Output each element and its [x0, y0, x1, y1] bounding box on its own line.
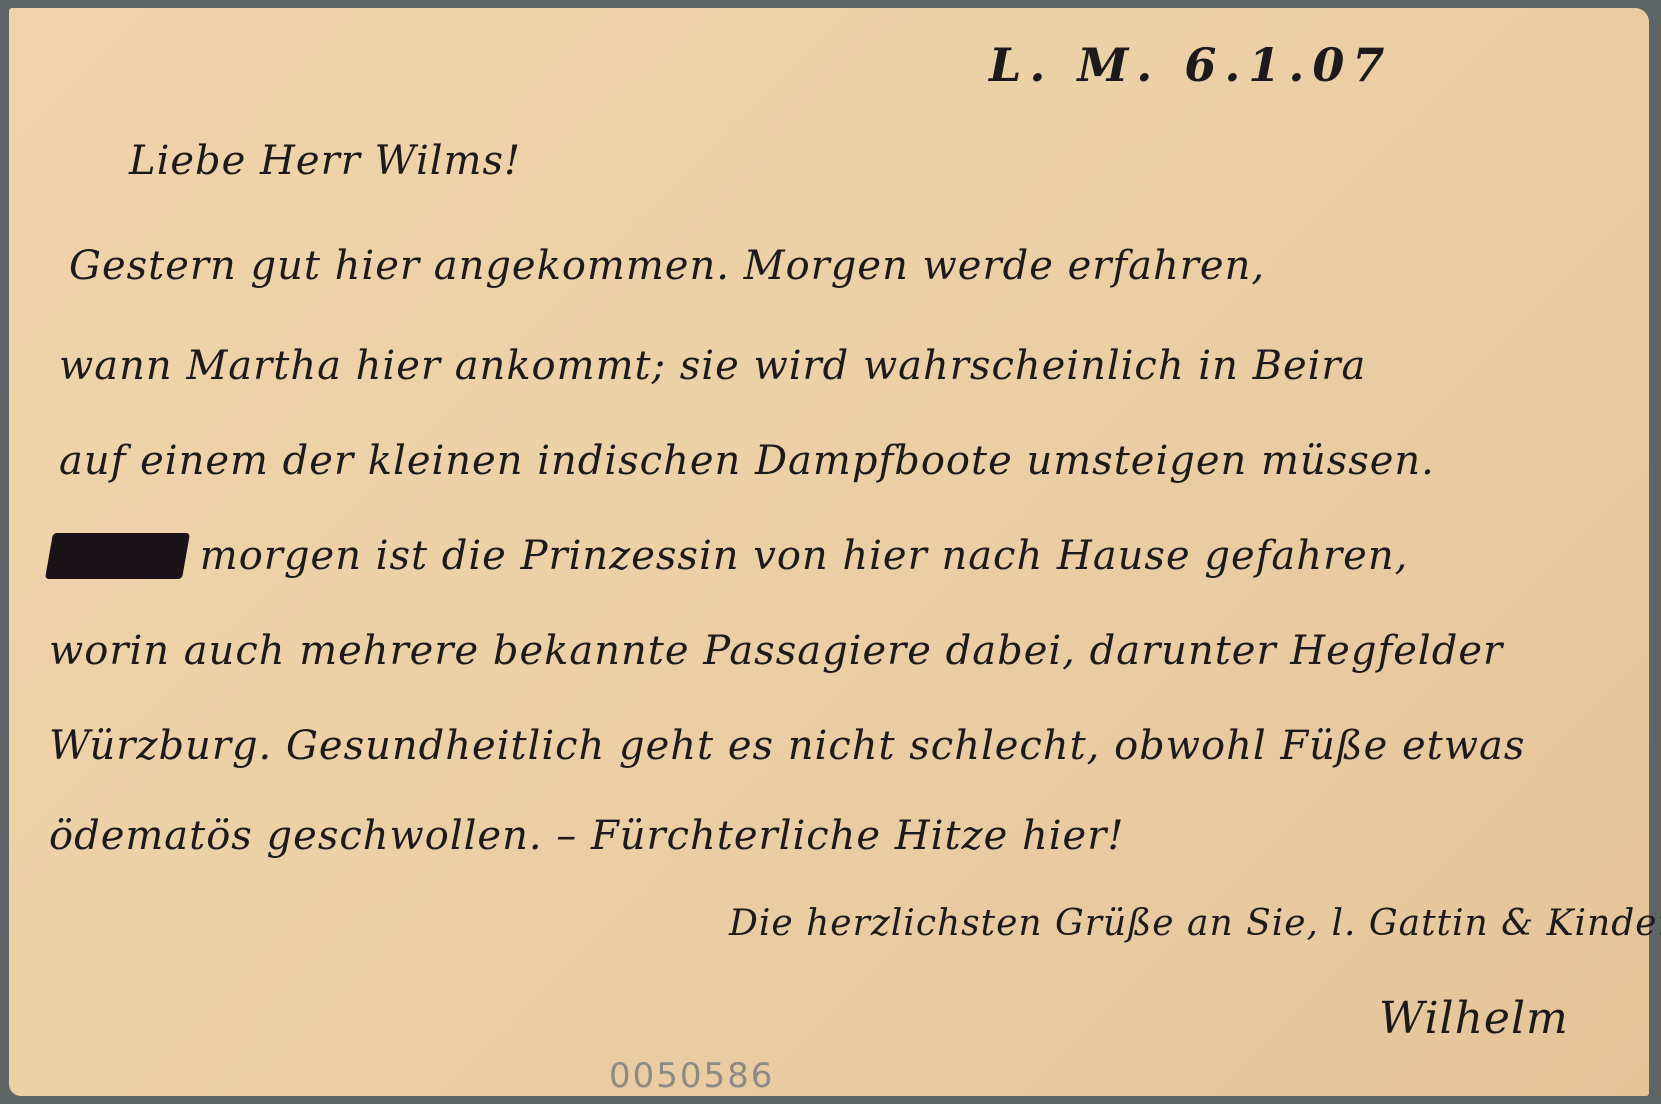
ink-blot-struck-word: Heute [45, 533, 190, 579]
postcard: L. M. 6.1.07 Liebe Herr Wilms! Gestern g… [9, 8, 1649, 1096]
header-date: L. M. 6.1.07 [989, 38, 1392, 92]
body-line-7: ödematös geschwollen. – Fürchterliche Hi… [49, 813, 1124, 859]
closing-line: Die herzlichsten Grüße an Sie, l. Gattin… [729, 903, 1661, 944]
body-line-2: wann Martha hier ankommt; sie wird wahrs… [59, 343, 1366, 389]
pencil-inventory-number: 0050586 [609, 1056, 774, 1096]
body-line-4: Heute morgen ist die Prinzessin von hier… [49, 533, 1408, 579]
body-line-5: worin auch mehrere bekannte Passagiere d… [49, 628, 1503, 674]
body-line-6: Würzburg. Gesundheitlich geht es nicht s… [49, 723, 1525, 769]
salutation: Liebe Herr Wilms! [129, 138, 521, 184]
body-line-3: auf einem der kleinen indischen Dampfboo… [59, 438, 1435, 484]
signature: Wilhelm [1379, 993, 1569, 1044]
body-line-1: Gestern gut hier angekommen. Morgen werd… [69, 243, 1265, 289]
body-line-4-text: morgen ist die Prinzessin von hier nach … [200, 533, 1409, 579]
